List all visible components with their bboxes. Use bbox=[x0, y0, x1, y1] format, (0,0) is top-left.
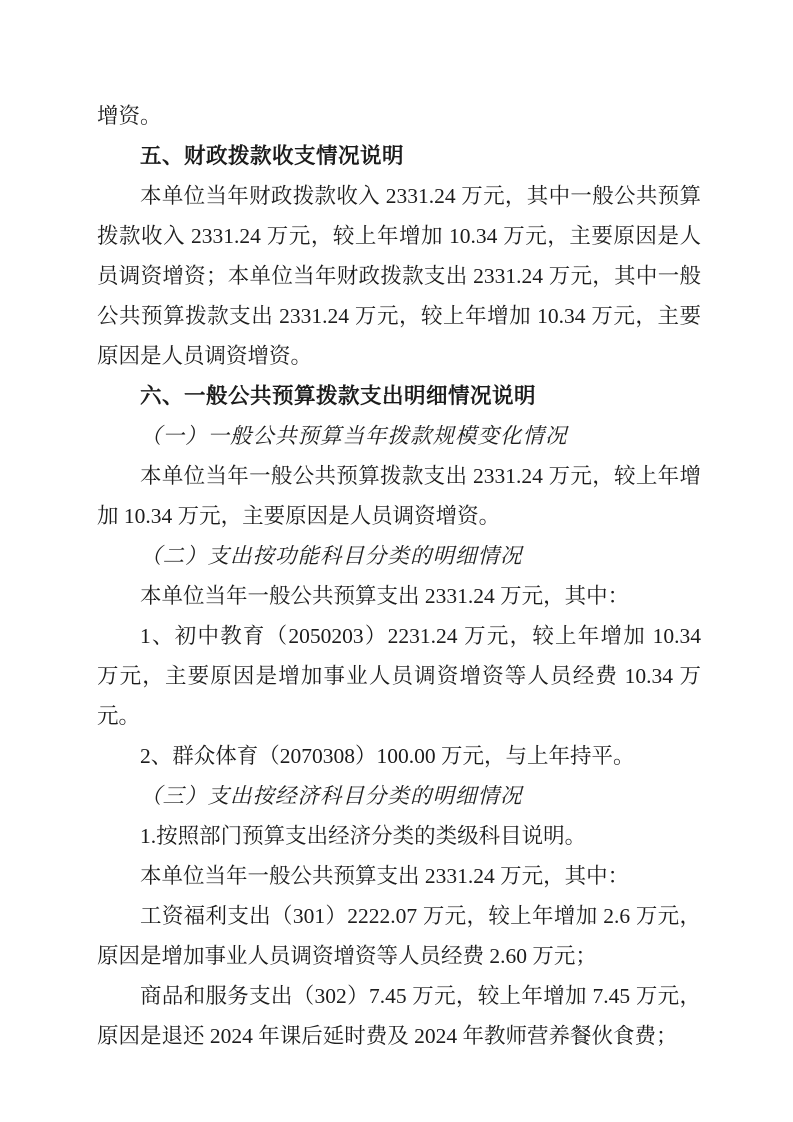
paragraph: 本单位当年一般公共预算支出 2331.24 万元，其中： bbox=[97, 576, 701, 616]
paragraph: 本单位当年一般公共预算支出 2331.24 万元，其中： bbox=[97, 856, 701, 896]
section-heading-5: 五、财政拨款收支情况说明 bbox=[97, 136, 701, 176]
paragraph: 1.按照部门预算支出经济分类的类级科目说明。 bbox=[97, 816, 701, 856]
paragraph-list-item-1: 1、初中教育（2050203）2231.24 万元，较上年增加 10.34 万元… bbox=[97, 616, 701, 736]
subsection-heading-3: （三）支出按经济科目分类的明细情况 bbox=[97, 776, 701, 816]
paragraph-list-item-2: 2、群众体育（2070308）100.00 万元，与上年持平。 bbox=[97, 736, 701, 776]
subsection-heading-2: （二）支出按功能科目分类的明细情况 bbox=[97, 536, 701, 576]
paragraph: 本单位当年财政拨款收入 2331.24 万元，其中一般公共预算拨款收入 2331… bbox=[97, 176, 701, 376]
paragraph: 本单位当年一般公共预算拨款支出 2331.24 万元，较上年增加 10.34 万… bbox=[97, 456, 701, 536]
subsection-heading-1: （一）一般公共预算当年拨款规模变化情况 bbox=[97, 416, 701, 456]
paragraph: 工资福利支出（301）2222.07 万元，较上年增加 2.6 万元，原因是增加… bbox=[97, 896, 701, 976]
paragraph-continuation: 增资。 bbox=[97, 96, 701, 136]
section-heading-6: 六、一般公共预算拨款支出明细情况说明 bbox=[97, 376, 701, 416]
document-page: 增资。 五、财政拨款收支情况说明 本单位当年财政拨款收入 2331.24 万元，… bbox=[0, 0, 793, 1122]
paragraph: 商品和服务支出（302）7.45 万元，较上年增加 7.45 万元，原因是退还 … bbox=[97, 976, 701, 1056]
